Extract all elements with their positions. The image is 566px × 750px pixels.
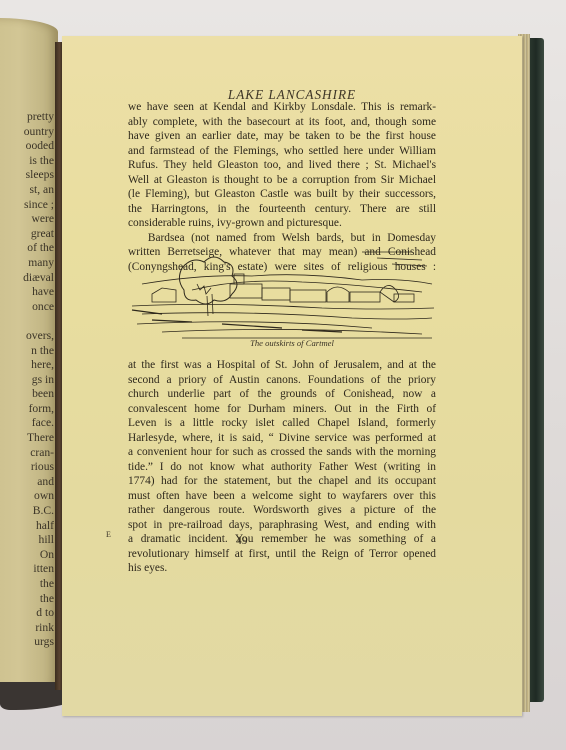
text-line: must often have been a welcome sight to … [128, 489, 436, 504]
text-line: diæval [0, 271, 54, 286]
text-line: urgs [0, 635, 54, 650]
text-line: and [0, 475, 54, 490]
text-line: ably complete, with the basecourt at its… [128, 115, 436, 130]
text-line: a convenient hour for such as crossed th… [128, 445, 436, 460]
text-line: half [0, 519, 54, 534]
text-line: considerable ruins, ivy-grown and pictur… [128, 216, 436, 231]
text-line: Leven is a little rocky islet called Cha… [128, 416, 436, 431]
illustration-caption: The outskirts of Cartmel [62, 338, 522, 348]
left-page-text: pretty ountry ooded is the sleeps st, an… [0, 110, 54, 650]
text-line: On [0, 548, 54, 563]
text-line: overs, [0, 329, 54, 344]
text-line: once [0, 300, 54, 315]
text-line: rather dangerous route. Wordsworth gives… [128, 503, 436, 518]
text-line: the [0, 577, 54, 592]
text-line: st, an [0, 183, 54, 198]
text-line: his eyes. [128, 561, 436, 576]
text-line: have given an earlier date, may be taken… [128, 129, 436, 144]
text-line: cran- [0, 446, 54, 461]
text-line: Harlesyde, where, it is said, “ Divine s… [128, 431, 436, 446]
text-line: here, [0, 358, 54, 373]
text-line: d to [0, 606, 54, 621]
text-line: were [0, 212, 54, 227]
text-line: ountry [0, 125, 54, 140]
text-line: hill [0, 533, 54, 548]
text-line: form, [0, 402, 54, 417]
page-number: 49 [236, 534, 248, 547]
text-line: great [0, 227, 54, 242]
text-line: since ; [0, 198, 54, 213]
text-line: pretty [0, 110, 54, 125]
text-line [0, 314, 54, 329]
text-line: a dramatic incident. You remember he was… [128, 532, 436, 547]
text-line: n the [0, 344, 54, 359]
landscape-illustration [122, 244, 442, 342]
text-line: rious [0, 460, 54, 475]
text-line: Bardsea (not named from Welsh bards, but… [128, 231, 436, 246]
text-line: own [0, 489, 54, 504]
text-line: have [0, 285, 54, 300]
text-line: B.C. [0, 504, 54, 519]
text-line: Well at Gleaston is thought to be a corr… [128, 173, 436, 188]
text-line: gs in [0, 373, 54, 388]
text-line: itten [0, 562, 54, 577]
text-line: face. [0, 416, 54, 431]
left-page: pretty ountry ooded is the sleeps st, an… [0, 18, 58, 698]
text-line: sleeps [0, 168, 54, 183]
text-line: convalescent home for Durham miners. Out… [128, 402, 436, 417]
text-line: (le Fleming), but Gleaston Castle was bu… [128, 187, 436, 202]
text-line: 1774) had for the statement, but the cha… [128, 474, 436, 489]
text-line: church underlie part of the grounds of C… [128, 387, 436, 402]
text-line: Rufus. They held Gleaston too, and lived… [128, 158, 436, 173]
text-line: we have seen at Kendal and Kirkby Lonsda… [128, 100, 436, 115]
text-line: at the first was a Hospital of St. John … [128, 358, 436, 373]
book-fore-edge [518, 34, 548, 714]
text-line: of the [0, 241, 54, 256]
right-page: LAKE LANCASHIRE we have seen at Kendal a… [62, 36, 522, 716]
text-line: second a priory of Austin canons. Founda… [128, 373, 436, 388]
text-line: is the [0, 154, 54, 169]
text-line: tide.” I do not know what authority Fath… [128, 460, 436, 475]
text-line: and farmstead of the Flemings, who settl… [128, 144, 436, 159]
text-line: spot in pre-railroad days, paraphrasing … [128, 518, 436, 533]
text-line: the [0, 592, 54, 607]
book-cover-edge [528, 38, 544, 702]
text-line: many [0, 256, 54, 271]
text-line: ooded [0, 139, 54, 154]
text-line: There [0, 431, 54, 446]
text-line: revolutionary himself at first, until th… [128, 547, 436, 562]
body-text-bottom: at the first was a Hospital of St. John … [128, 358, 436, 576]
text-line: rink [0, 621, 54, 636]
text-line: the Harringtons, in the fourteenth centu… [128, 202, 436, 217]
text-line: been [0, 387, 54, 402]
signature-mark: E [106, 530, 111, 539]
